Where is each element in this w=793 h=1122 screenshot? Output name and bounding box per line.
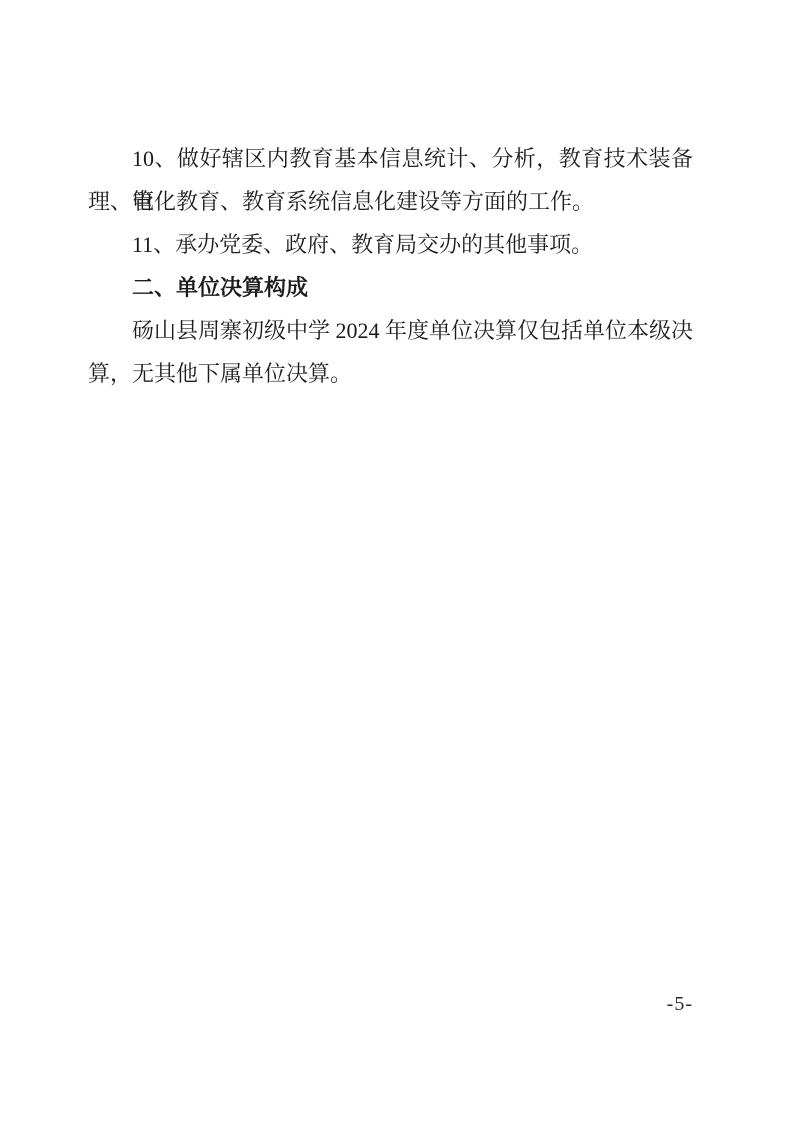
text-line: 10、做好辖区内教育基本信息统计、分析，教育技术装备管 (88, 137, 693, 180)
text-line: 理、电化教育、教育系统信息化建设等方面的工作。 (88, 180, 693, 223)
text-line: 砀山县周寨初级中学 2024 年度单位决算仅包括单位本级决 (88, 309, 693, 352)
text-line: 算，无其他下属单位决算。 (88, 352, 693, 395)
text-block: 10、做好辖区内教育基本信息统计、分析，教育技术装备管理、电化教育、教育系统信息… (88, 137, 693, 395)
section-heading: 二、单位决算构成 (88, 266, 693, 309)
document-page: 10、做好辖区内教育基本信息统计、分析，教育技术装备管理、电化教育、教育系统信息… (0, 0, 793, 1122)
page-number: -5- (88, 992, 693, 1016)
text-line: 11、承办党委、政府、教育局交办的其他事项。 (88, 223, 693, 266)
